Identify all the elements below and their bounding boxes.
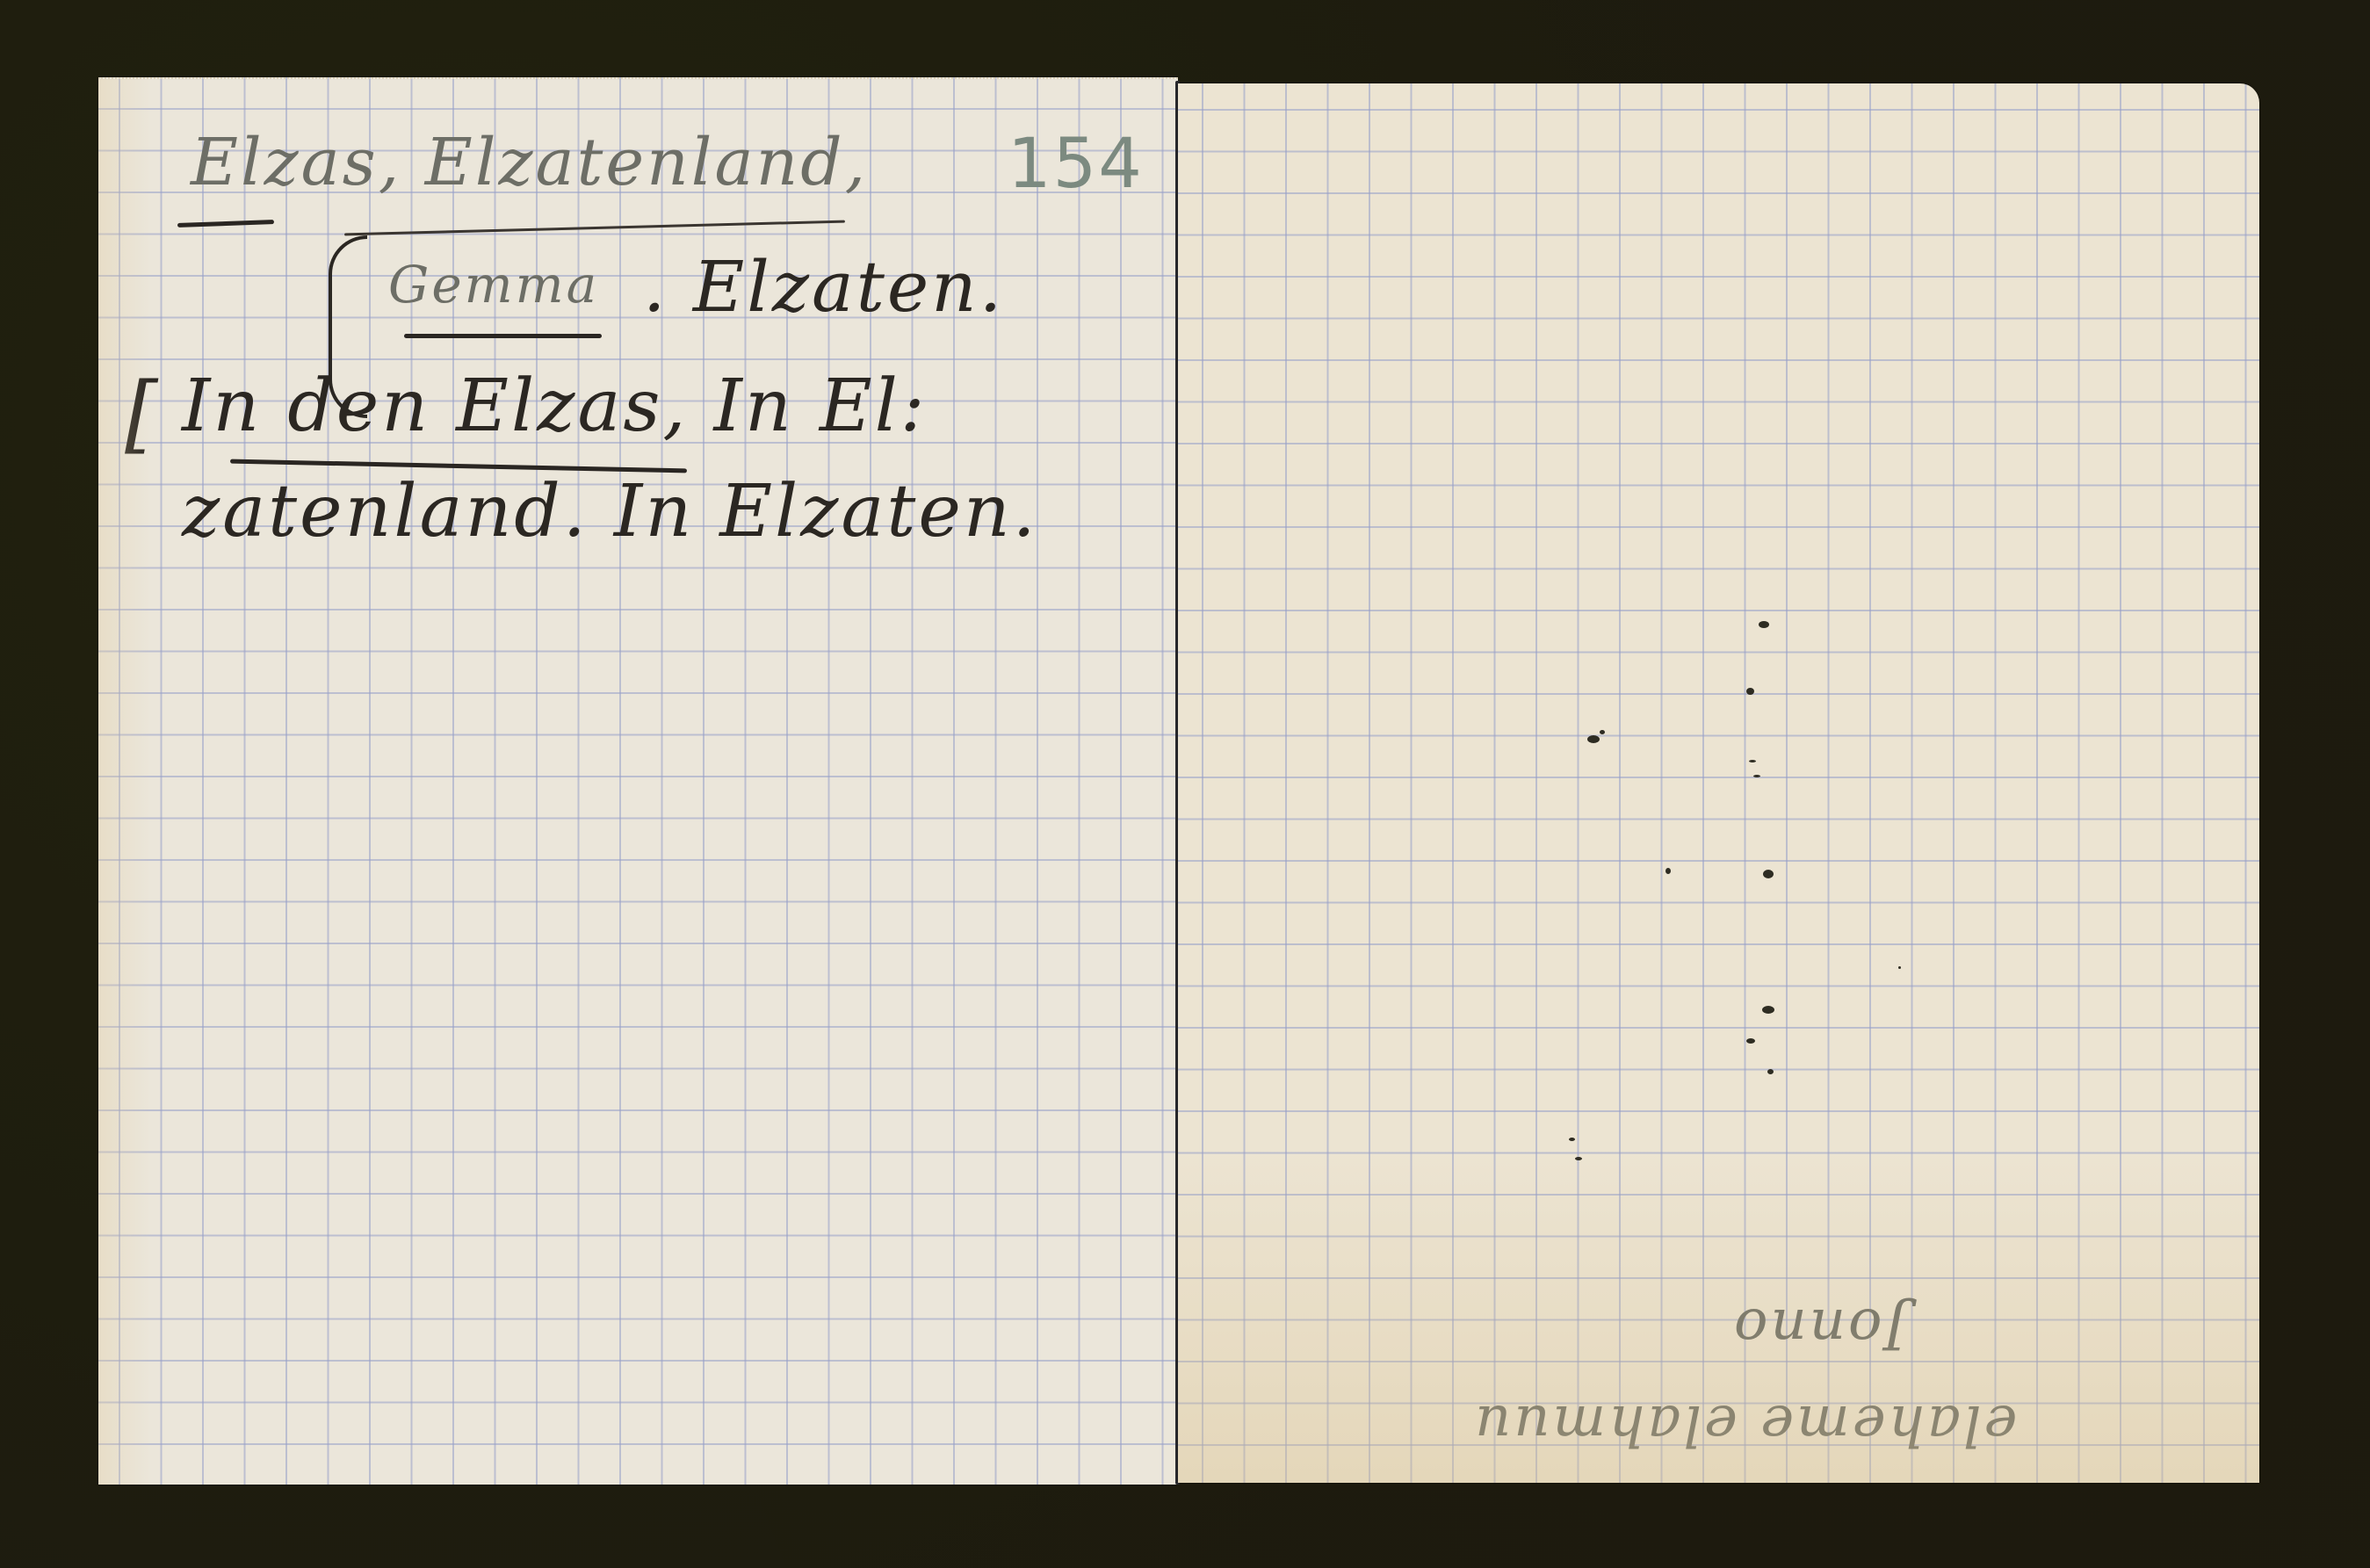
- gemma-word: Gemma: [388, 255, 599, 314]
- ink-spot: [1746, 1038, 1755, 1044]
- ink-spot: [1666, 868, 1671, 874]
- ink-spot: [1762, 1006, 1774, 1014]
- ink-spot: [1898, 966, 1901, 969]
- connector-stroke: [344, 220, 845, 236]
- page-number: 154: [1008, 125, 1144, 204]
- heading-line: Elzas, Elzatenland,: [191, 125, 868, 200]
- text-line-3: In den Elzas, In El:: [182, 365, 928, 448]
- ink-spot: [1763, 870, 1774, 878]
- ink-spot: [1600, 730, 1605, 734]
- right-page: Jonno elaheme elahmuu: [1178, 83, 2259, 1483]
- left-page: Elzas, Elzatenland, 154 Gemma . Elzaten.…: [98, 77, 1178, 1485]
- upside-down-word: Jonno: [1731, 1296, 1907, 1361]
- ink-spot: [1759, 621, 1769, 628]
- ink-spot: [1749, 760, 1756, 762]
- upside-down-line: elaheme elahmuu: [1472, 1392, 2017, 1457]
- ink-spot: [1767, 1069, 1774, 1074]
- underline-stroke: [177, 220, 274, 228]
- text-line-4: zatenland. In Elzaten.: [182, 470, 1038, 553]
- elzaten-line: . Elzaten.: [643, 246, 1004, 328]
- ink-spot: [1575, 1157, 1582, 1160]
- bracket-mark: [: [125, 365, 160, 463]
- ink-spot: [1746, 688, 1754, 695]
- ink-spot: [1753, 775, 1760, 777]
- ink-spot: [1587, 735, 1600, 743]
- ink-spot: [1569, 1138, 1575, 1141]
- gemma-underline: [404, 334, 602, 338]
